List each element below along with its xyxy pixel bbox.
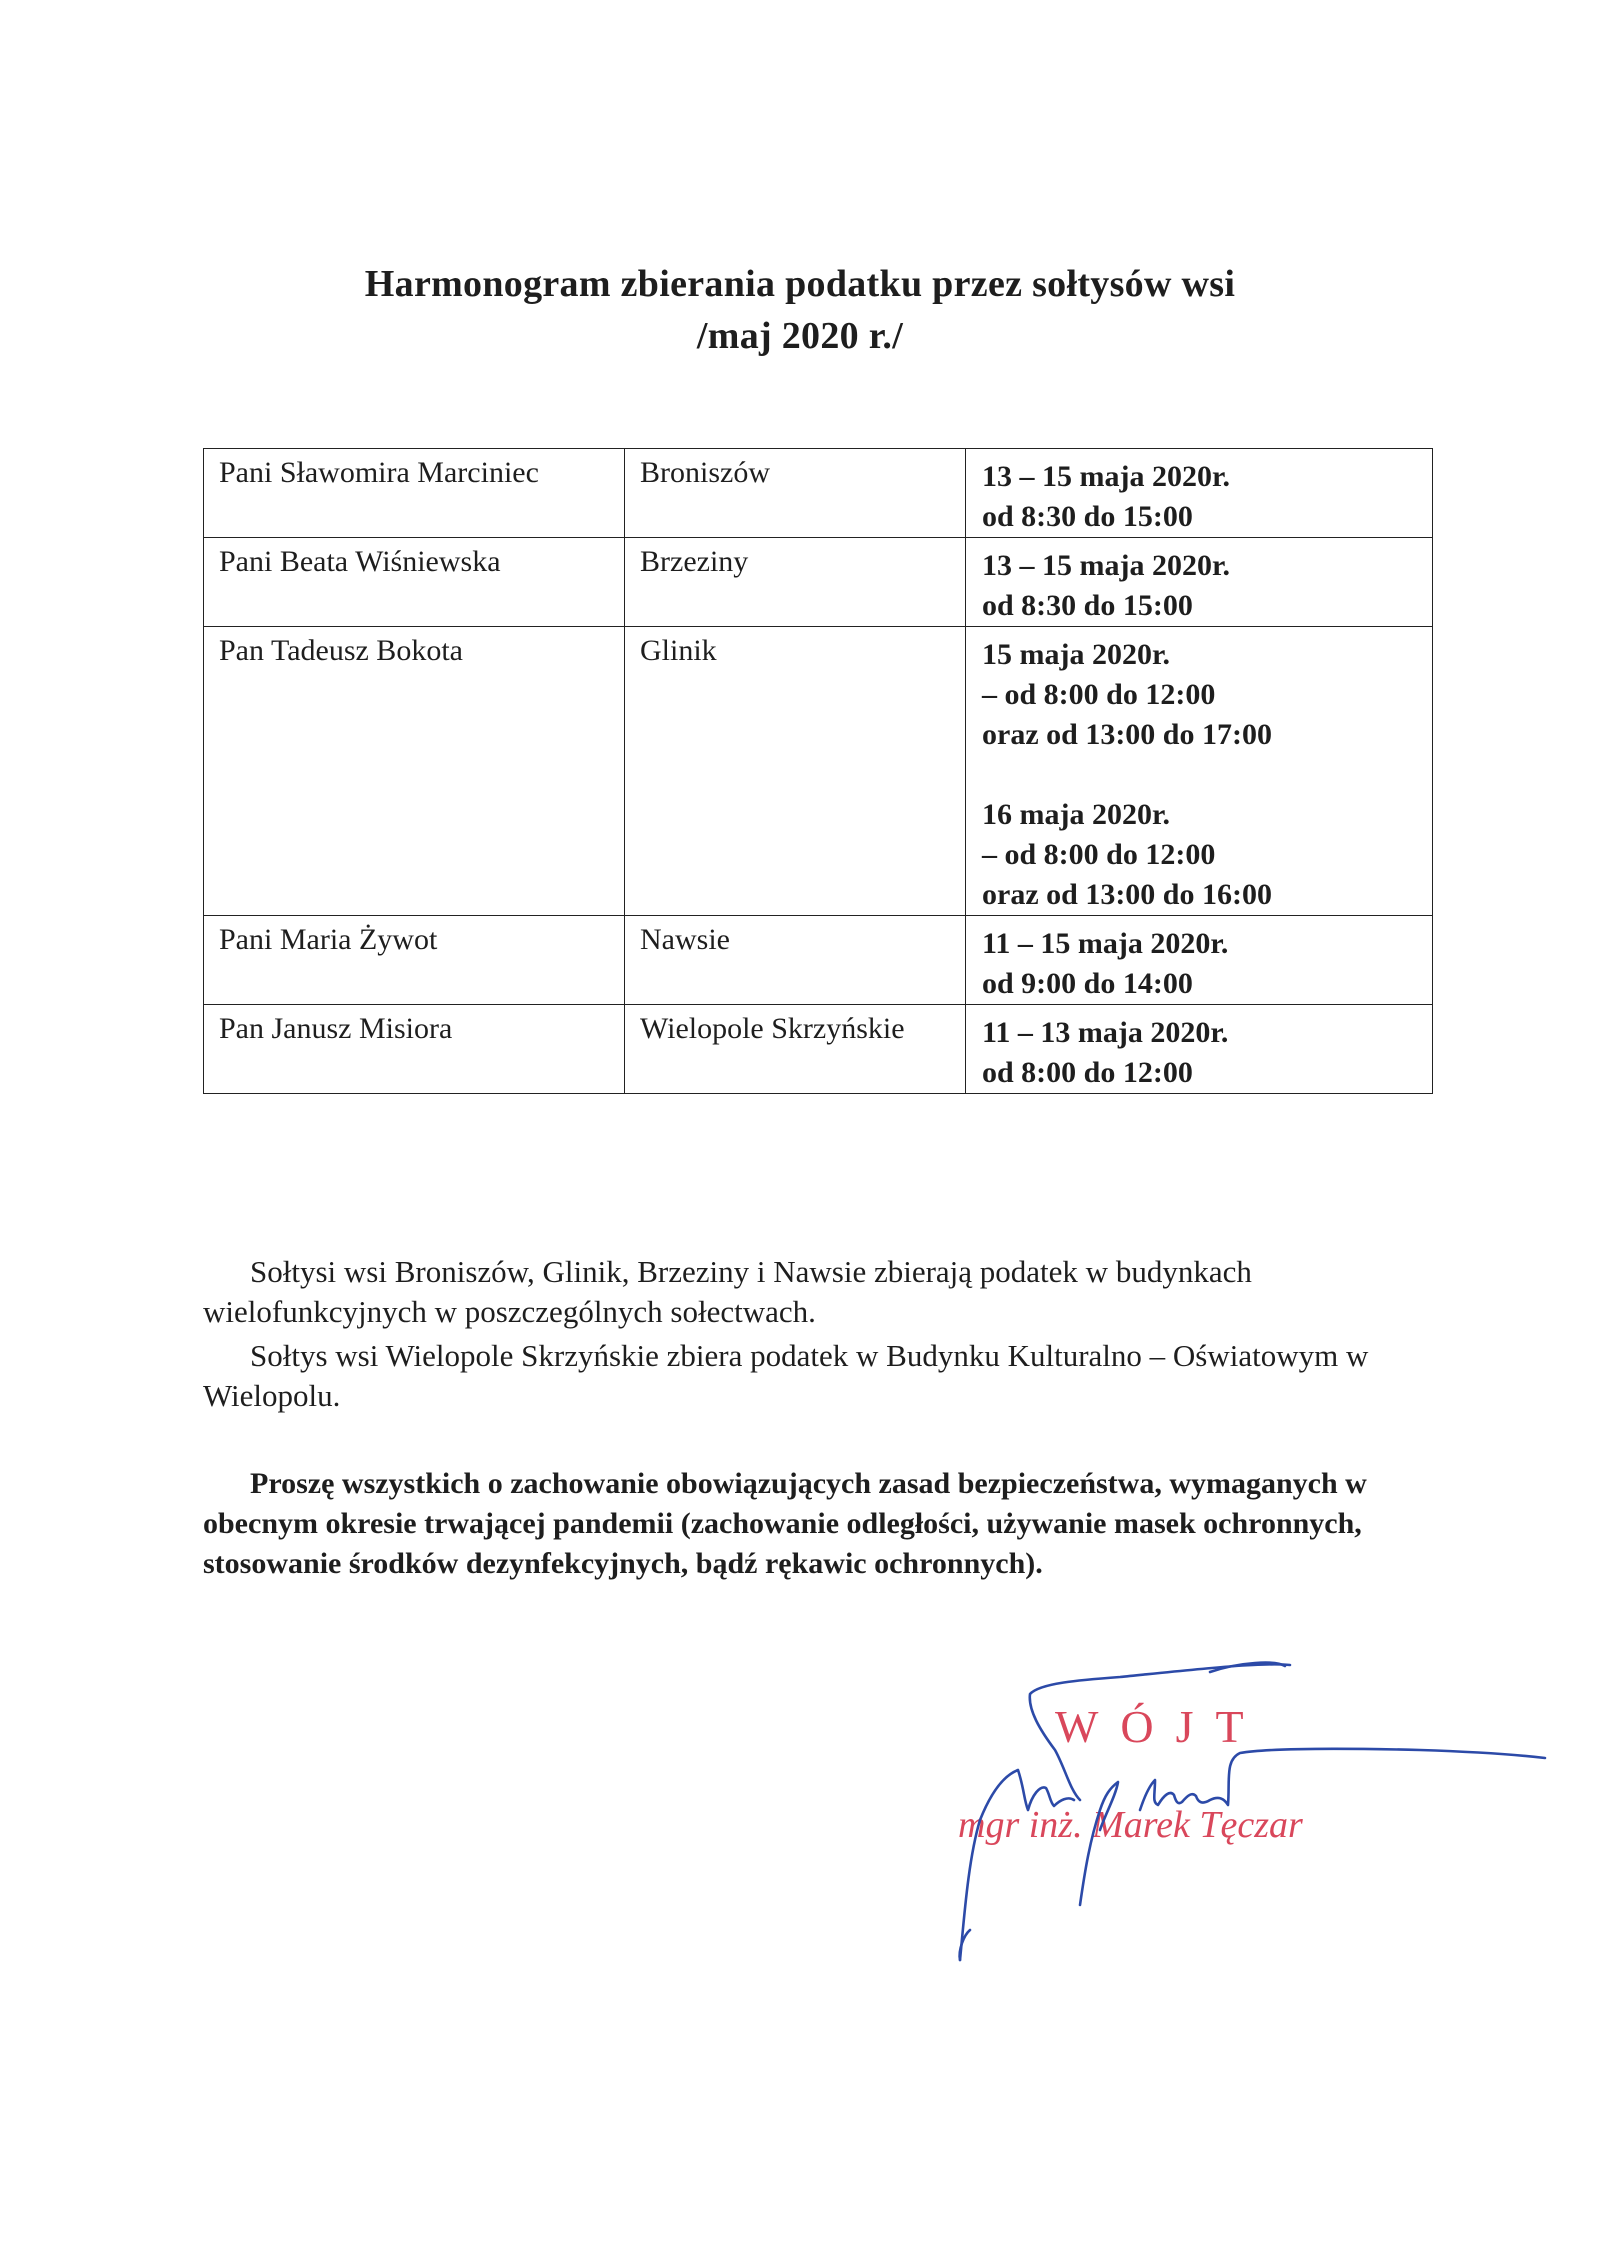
schedule-cell: 11 – 13 maja 2020r.od 8:00 do 12:00: [966, 1005, 1433, 1094]
village-cell: Wielopole Skrzyńskie: [625, 1005, 966, 1094]
safety-notice: Proszę wszystkich o zachowanie obowiązuj…: [203, 1464, 1433, 1584]
schedule-dates: 11 – 15 maja 2020r.od 9:00 do 14:00: [966, 916, 1432, 1004]
schedule-line: 16 maja 2020r.: [982, 795, 1432, 835]
person-name: Pan Janusz Misiora: [204, 1005, 624, 1049]
title-line-1: Harmonogram zbierania podatku przez sołt…: [0, 258, 1600, 310]
village-name: Broniszów: [625, 449, 965, 493]
schedule-line: od 8:00 do 12:00: [982, 1053, 1432, 1093]
table-row: Pani Sławomira MarciniecBroniszów13 – 15…: [204, 449, 1433, 538]
note-paragraph-2: Sołtys wsi Wielopole Skrzyńskie zbiera p…: [203, 1336, 1433, 1416]
table-row: Pani Beata WiśniewskaBrzeziny13 – 15 maj…: [204, 538, 1433, 627]
table-row: Pan Tadeusz BokotaGlinik15 maja 2020r.– …: [204, 627, 1433, 916]
note-paragraph-1-text: Sołtysi wsi Broniszów, Glinik, Brzeziny …: [203, 1254, 1252, 1329]
schedule-cell: 11 – 15 maja 2020r.od 9:00 do 14:00: [966, 916, 1433, 1005]
schedule-line: od 8:30 do 15:00: [982, 586, 1432, 626]
village-name: Wielopole Skrzyńskie: [625, 1005, 965, 1049]
person-cell: Pani Sławomira Marciniec: [204, 449, 625, 538]
title-line-2: /maj 2020 r./: [0, 310, 1600, 362]
person-name: Pan Tadeusz Bokota: [204, 627, 624, 671]
person-name: Pani Maria Żywot: [204, 916, 624, 960]
schedule-dates: 15 maja 2020r.– od 8:00 do 12:00oraz od …: [966, 627, 1432, 915]
signature-icon: [940, 1650, 1600, 1990]
official-stamp: WÓJT mgr inż. Marek Tęczar: [940, 1650, 1600, 1990]
village-name: Brzeziny: [625, 538, 965, 582]
schedule-line: oraz od 13:00 do 17:00: [982, 715, 1432, 755]
note-paragraph-1: Sołtysi wsi Broniszów, Glinik, Brzeziny …: [203, 1252, 1433, 1332]
schedule-cell: 13 – 15 maja 2020r.od 8:30 do 15:00: [966, 449, 1433, 538]
schedule-line: 13 – 15 maja 2020r.: [982, 457, 1432, 497]
schedule-dates: 13 – 15 maja 2020r.od 8:30 do 15:00: [966, 449, 1432, 537]
person-cell: Pan Janusz Misiora: [204, 1005, 625, 1094]
table-row: Pan Janusz MisioraWielopole Skrzyńskie11…: [204, 1005, 1433, 1094]
schedule-dates: 11 – 13 maja 2020r.od 8:00 do 12:00: [966, 1005, 1432, 1093]
person-cell: Pani Maria Żywot: [204, 916, 625, 1005]
schedule-line: 11 – 13 maja 2020r.: [982, 1013, 1432, 1053]
note-paragraph-2-text: Sołtys wsi Wielopole Skrzyńskie zbiera p…: [203, 1338, 1368, 1413]
village-cell: Glinik: [625, 627, 966, 916]
person-cell: Pani Beata Wiśniewska: [204, 538, 625, 627]
schedule-dates: 13 – 15 maja 2020r.od 8:30 do 15:00: [966, 538, 1432, 626]
village-name: Glinik: [625, 627, 965, 671]
schedule-line: [982, 755, 1432, 795]
village-cell: Broniszów: [625, 449, 966, 538]
person-cell: Pan Tadeusz Bokota: [204, 627, 625, 916]
schedule-line: 13 – 15 maja 2020r.: [982, 546, 1432, 586]
schedule-line: od 9:00 do 14:00: [982, 964, 1432, 1004]
person-name: Pani Sławomira Marciniec: [204, 449, 624, 493]
schedule-line: 15 maja 2020r.: [982, 635, 1432, 675]
village-cell: Brzeziny: [625, 538, 966, 627]
schedule-line: oraz od 13:00 do 16:00: [982, 875, 1432, 915]
schedule-line: od 8:30 do 15:00: [982, 497, 1432, 537]
schedule-table: Pani Sławomira MarciniecBroniszów13 – 15…: [203, 448, 1433, 1094]
person-name: Pani Beata Wiśniewska: [204, 538, 624, 582]
schedule-cell: 13 – 15 maja 2020r.od 8:30 do 15:00: [966, 538, 1433, 627]
safety-notice-text: Proszę wszystkich o zachowanie obowiązuj…: [203, 1467, 1367, 1580]
schedule-line: – od 8:00 do 12:00: [982, 675, 1432, 715]
schedule-line: – od 8:00 do 12:00: [982, 835, 1432, 875]
table-row: Pani Maria ŻywotNawsie11 – 15 maja 2020r…: [204, 916, 1433, 1005]
schedule-cell: 15 maja 2020r.– od 8:00 do 12:00oraz od …: [966, 627, 1433, 916]
document-title: Harmonogram zbierania podatku przez sołt…: [0, 258, 1600, 362]
village-name: Nawsie: [625, 916, 965, 960]
village-cell: Nawsie: [625, 916, 966, 1005]
schedule-line: 11 – 15 maja 2020r.: [982, 924, 1432, 964]
